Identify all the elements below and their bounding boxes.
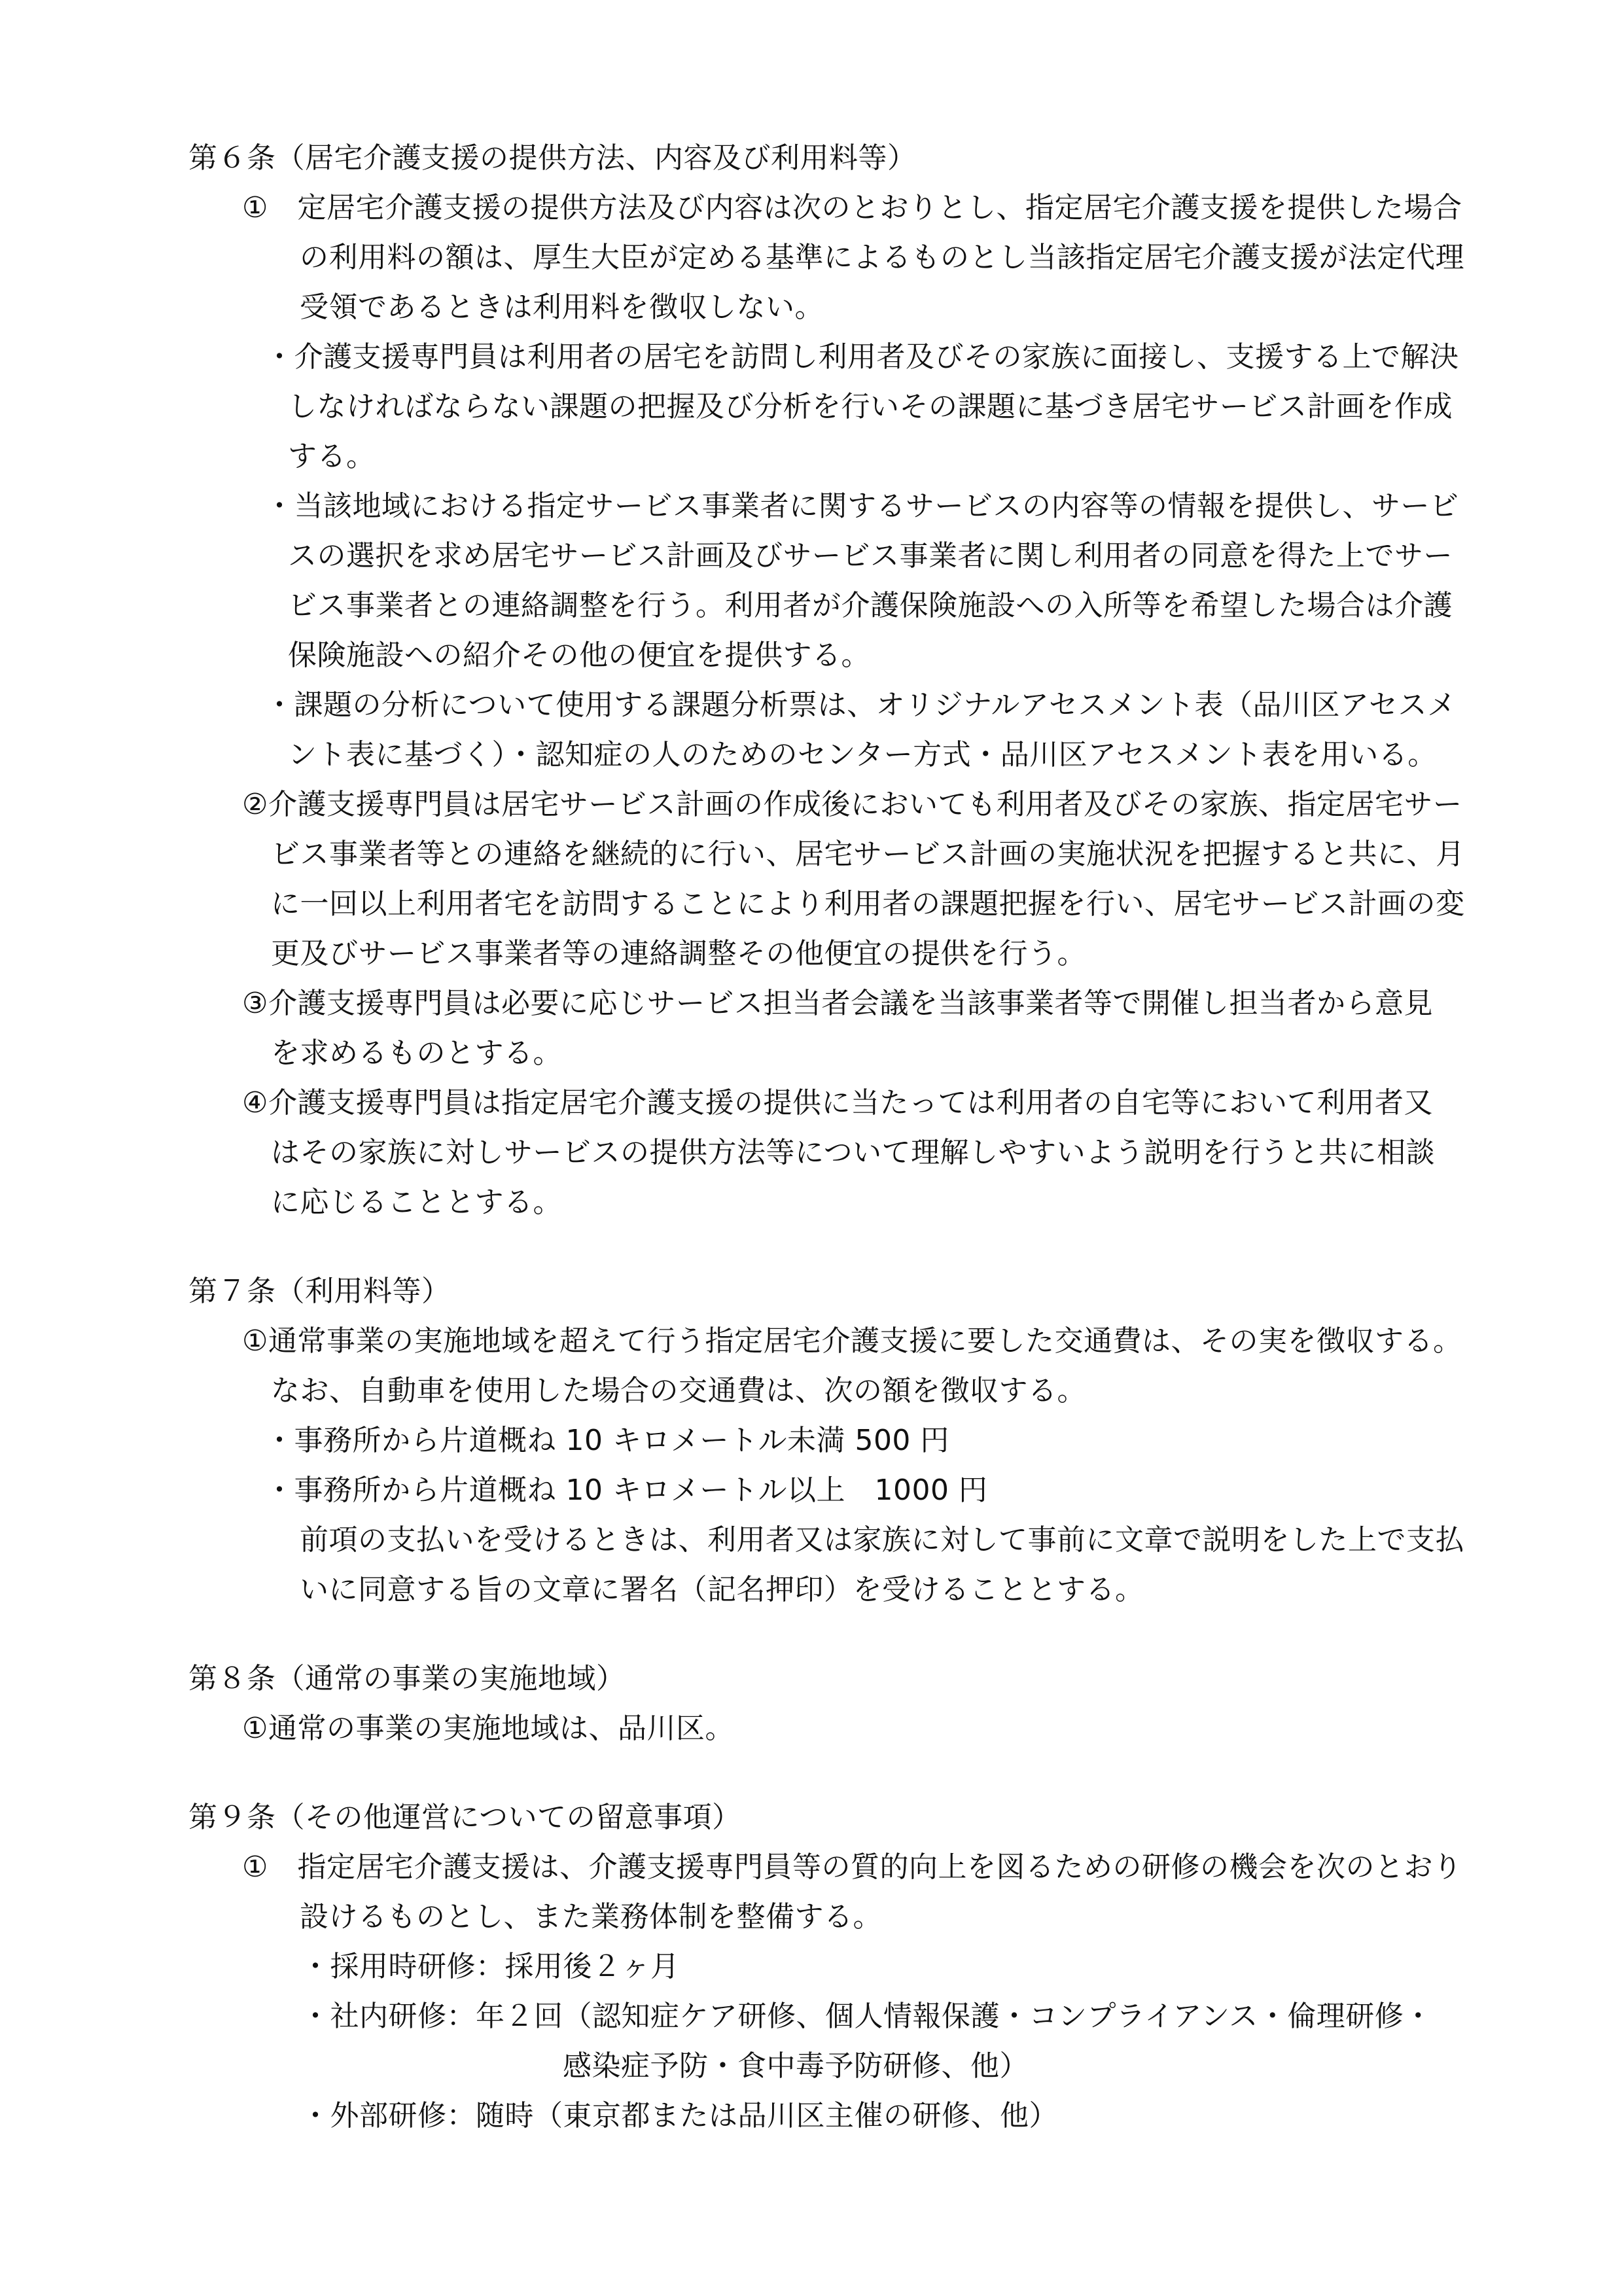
article-6-item-1-cont: 受領であるときは利用料を徴収しない。	[300, 288, 824, 327]
article-9-item-1-cont: 設けるものとし、また業務体制を整備する。	[300, 1898, 882, 1937]
article-6-bullet-2-cont: 保険施設への紹介その他の便宜を提供する。	[288, 636, 870, 675]
article-6-bullet-2-cont: スの選択を求め居宅サービス計画及びサービス事業者に関し利用者の同意を得た上でサー	[288, 537, 1453, 576]
article-6-heading: 第６条（居宅介護支援の提供方法、内容及び利用料等）	[188, 139, 917, 178]
article-6-item-4: ④介護支援専門員は指定居宅介護支援の提供に当たっては利用者の自宅等において利用者…	[242, 1084, 1433, 1123]
article-7-heading: 第７条（利用料等）	[188, 1272, 451, 1311]
article-6-bullet-2-cont: ビス事業者との連絡調整を行う。利用者が介護保険施設への入所等を希望した場合は介護	[288, 586, 1453, 626]
article-6-item-3: ③介護支援専門員は必要に応じサービス担当者会議を当該事業者等で開催し担当者から意…	[242, 984, 1433, 1023]
article-6-bullet-2: ・当該地域における指定サービス事業者に関するサービスの内容等の情報を提供し、サー…	[265, 487, 1459, 526]
article-7-note: 前項の支払いを受けるときは、利用者又は家族に対して事前に文章で説明をした上で支払	[300, 1521, 1464, 1560]
article-6-item-2-cont: ビス事業者等との連絡を継続的に行い、居宅サービス計画の実施状況を把握すると共に、…	[271, 835, 1465, 874]
document-page: 第６条（居宅介護支援の提供方法、内容及び利用料等） ① 定居宅介護支援の提供方法…	[0, 0, 1609, 2296]
article-6-bullet-1-cont: する。	[288, 437, 376, 476]
article-6-item-1: ① 定居宅介護支援の提供方法及び内容は次のとおりとし、指定居宅介護支援を提供した…	[242, 188, 1462, 228]
article-8-heading: 第８条（通常の事業の実施地域）	[188, 1659, 626, 1699]
article-7-note-cont: いに同意する旨の文章に署名（記名押印）を受けることとする。	[300, 1570, 1144, 1610]
article-6-item-4-cont: に応じることとする。	[271, 1183, 562, 1222]
article-7-fee-under-10km: ・事務所から片道概ね 10 キロメートル未満 500 円	[265, 1421, 949, 1460]
article-6-item-2-cont: 更及びサービス事業者等の連絡調整その他便宜の提供を行う。	[271, 934, 1086, 974]
article-9-training-hiring: ・採用時研修：採用後２ヶ月	[301, 1947, 680, 1987]
article-9-training-external: ・外部研修：随時（東京都または品川区主催の研修、他）	[301, 2096, 1058, 2136]
article-9-item-1: ① 指定居宅介護支援は、介護支援専門員等の質的向上を図るための研修の機会を次のと…	[242, 1848, 1462, 1887]
article-6-bullet-3: ・課題の分析について使用する課題分析票は、オリジナルアセスメント表（品川区アセス…	[265, 686, 1457, 725]
article-6-bullet-1: ・介護支援専門員は利用者の居宅を訪問し利用者及びその家族に面接し、支援する上で解…	[265, 338, 1459, 377]
article-6-item-3-cont: を求めるものとする。	[271, 1034, 562, 1073]
article-8-item-1: ①通常の事業の実施地域は、品川区。	[242, 1709, 734, 1748]
article-9-training-internal-cont: 感染症予防・食中毒予防研修、他）	[563, 2047, 1029, 2086]
article-6-bullet-3-cont: ント表に基づく）・認知症の人のためのセンター方式・品川区アセスメント表を用いる。	[288, 735, 1437, 775]
article-6-item-2-cont: に一回以上利用者宅を訪問することにより利用者の課題把握を行い、居宅サービス計画の…	[271, 885, 1465, 924]
article-6-item-1-cont: の利用料の額は、厚生大臣が定める基準によるものとし当該指定居宅介護支援が法定代理	[300, 238, 1464, 277]
article-6-bullet-1-cont: しなければならない課題の把握及び分析を行いその課題に基づき居宅サービス計画を作成	[288, 387, 1453, 427]
article-7-item-1-cont: なお、自動車を使用した場合の交通費は、次の額を徴収する。	[271, 1371, 1086, 1411]
article-9-training-internal: ・社内研修：年２回（認知症ケア研修、個人情報保護・コンプライアンス・倫理研修・	[301, 1997, 1433, 2036]
article-7-fee-over-10km: ・事務所から片道概ね 10 キロメートル以上 1000 円	[265, 1471, 987, 1510]
article-6-item-4-cont: はその家族に対しサービスの提供方法等について理解しやすいよう説明を行うと共に相談	[271, 1133, 1435, 1173]
article-7-item-1: ①通常事業の実施地域を超えて行う指定居宅介護支援に要した交通費は、その実を徴収す…	[242, 1322, 1462, 1361]
article-9-heading: 第９条（その他運営についての留意事項）	[188, 1798, 741, 1837]
article-6-item-2: ②介護支援専門員は居宅サービス計画の作成後においても利用者及びその家族、指定居宅…	[242, 785, 1462, 824]
